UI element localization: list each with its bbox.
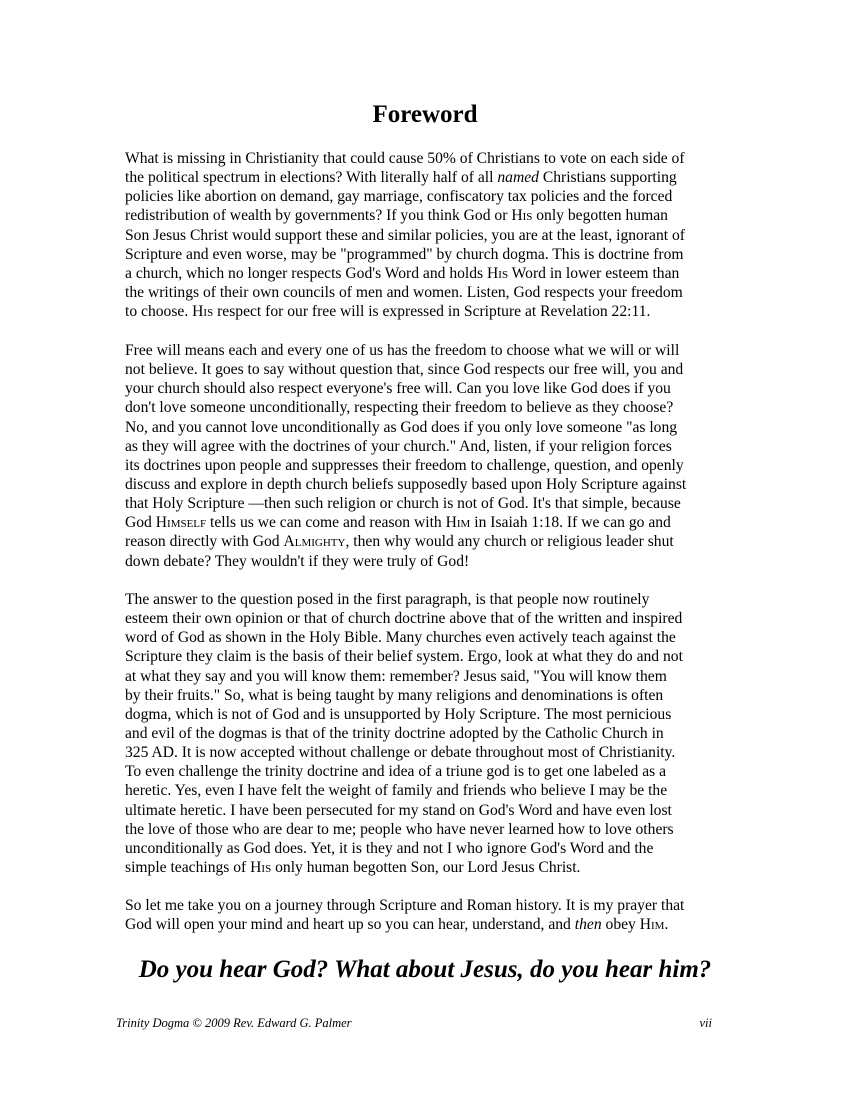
small-caps-word: Himself: [156, 514, 206, 531]
text-line: Son Jesus Christ would support these and…: [125, 226, 685, 245]
paragraph-3: The answer to the question posed in the …: [125, 590, 683, 877]
text-line: to choose. His respect for our free will…: [125, 302, 685, 321]
small-caps-word: Him: [640, 916, 665, 933]
document-page: Foreword What is missing in Christianity…: [0, 0, 850, 1100]
text-line: Scripture they claim is the basis of the…: [125, 647, 683, 666]
small-caps-word: His: [511, 207, 532, 224]
paragraph-2: Free will means each and every one of us…: [125, 341, 686, 571]
text-line: policies like abortion on demand, gay ma…: [125, 187, 685, 206]
paragraph-1: What is missing in Christianity that cou…: [125, 149, 685, 321]
small-caps-word: Almighty: [284, 533, 346, 550]
footer-copyright: Trinity Dogma © 2009 Rev. Edward G. Palm…: [116, 1015, 352, 1031]
text-line: not believe. It goes to say without ques…: [125, 360, 686, 379]
text-line: esteem their own opinion or that of chur…: [125, 609, 683, 628]
text-line: down debate? They wouldn't if they were …: [125, 552, 686, 571]
text-line: that Holy Scripture —then such religion …: [125, 494, 686, 513]
text-line: its doctrines upon people and suppresses…: [125, 456, 686, 475]
text-line: dogma, which is not of God and is unsupp…: [125, 705, 683, 724]
text-line: unconditionally as God does. Yet, it is …: [125, 839, 683, 858]
paragraph-4: So let me take you on a journey through …: [125, 896, 684, 934]
text-line: a church, which no longer respects God's…: [125, 264, 685, 283]
text-line: To even challenge the trinity doctrine a…: [125, 762, 683, 781]
closing-question: Do you hear God? What about Jesus, do yo…: [0, 953, 850, 987]
text-line: the love of those who are dear to me; pe…: [125, 820, 683, 839]
text-line: No, and you cannot love unconditionally …: [125, 418, 686, 437]
text-line: your church should also respect everyone…: [125, 379, 686, 398]
text-line: at what they say and you will know them:…: [125, 667, 683, 686]
text-line: What is missing in Christianity that cou…: [125, 149, 685, 168]
text-line: word of God as shown in the Holy Bible. …: [125, 628, 683, 647]
text-line: discuss and explore in depth church beli…: [125, 475, 686, 494]
small-caps-word: His: [192, 303, 213, 320]
text-line: and evil of the dogmas is that of the tr…: [125, 724, 683, 743]
emphasis: then: [575, 916, 602, 933]
text-line: the writings of their own councils of me…: [125, 283, 685, 302]
text-line: God will open your mind and heart up so …: [125, 915, 684, 934]
text-line: The answer to the question posed in the …: [125, 590, 683, 609]
text-line: ultimate heretic. I have been persecuted…: [125, 801, 683, 820]
text-line: reason directly with God Almighty, then …: [125, 532, 686, 551]
text-line: So let me take you on a journey through …: [125, 896, 684, 915]
page-title: Foreword: [0, 99, 850, 131]
text-line: Scripture and even worse, may be "progra…: [125, 245, 685, 264]
text-line: the political spectrum in elections? Wit…: [125, 168, 685, 187]
text-line: Free will means each and every one of us…: [125, 341, 686, 360]
small-caps-word: His: [487, 265, 508, 282]
text-line: simple teachings of His only human begot…: [125, 858, 683, 877]
text-line: redistribution of wealth by governments?…: [125, 206, 685, 225]
small-caps-word: His: [250, 859, 271, 876]
page-number: vii: [700, 1015, 713, 1031]
small-caps-word: Him: [446, 514, 471, 531]
text-line: by their fruits." So, what is being taug…: [125, 686, 683, 705]
text-line: don't love someone unconditionally, resp…: [125, 398, 686, 417]
emphasis: named: [497, 169, 539, 186]
text-line: heretic. Yes, even I have felt the weigh…: [125, 781, 683, 800]
text-line: 325 AD. It is now accepted without chall…: [125, 743, 683, 762]
text-line: as they will agree with the doctrines of…: [125, 437, 686, 456]
text-line: God Himself tells us we can come and rea…: [125, 513, 686, 532]
